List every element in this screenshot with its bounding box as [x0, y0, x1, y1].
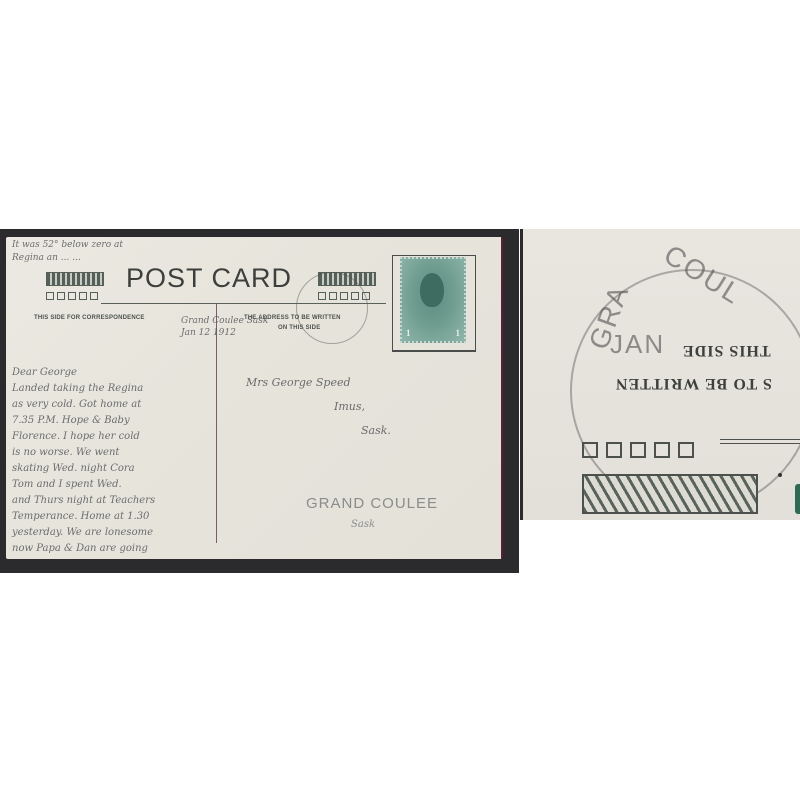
pencil-note: GRAND COULEE [306, 495, 438, 512]
handwritten-address: Mrs George Speed Imus, Sask. [246, 371, 391, 443]
correspondence-label: This side for correspondence [34, 315, 145, 321]
address-line: Imus, [246, 395, 391, 419]
box-ornament-left [46, 292, 98, 300]
stamp-denomination-left: 1 [406, 328, 411, 338]
postcard-back: It was 52° below zero at Regina an ... .… [6, 237, 503, 559]
address-line: Mrs George Speed [246, 371, 391, 395]
rule-detail [720, 439, 800, 444]
box-ornament-detail [582, 442, 694, 458]
postcard-title: POST CARD [126, 263, 292, 294]
king-portrait-icon [420, 273, 444, 307]
message-line: as very cold. Got home at [12, 397, 155, 413]
message-line: Dear George [12, 365, 155, 381]
postage-stamp: 1 1 [400, 257, 466, 343]
stamp-denomination-right: 1 [456, 328, 461, 338]
top-note-line: Regina an ... ... [12, 252, 123, 265]
message-line: to Regina today. Ruby [12, 557, 155, 559]
postmark-circle [296, 272, 368, 344]
handwritten-message: Dear GeorgeLanded taking the Reginaas ve… [12, 365, 155, 559]
stamp-edge-detail [795, 484, 800, 514]
message-line: is no worse. We went [12, 445, 155, 461]
message-line: Florence. I hope her cold [12, 429, 155, 445]
message-line: and Thurs night at Teachers [12, 493, 155, 509]
message-line: yesterday. We are lonesome [12, 525, 155, 541]
message-line: Temperance. Home at 1.30 [12, 509, 155, 525]
postcard-full-view: It was 52° below zero at Regina an ... .… [0, 229, 519, 573]
mat-edge [520, 229, 523, 520]
message-line: now Papa & Dan are going [12, 541, 155, 557]
ornament-left [46, 272, 104, 286]
ink-dot [778, 473, 782, 477]
date-line: Grand Coulee Sask [181, 315, 268, 327]
postmark-date: JAN [610, 329, 665, 360]
inverted-label-line1: THIS SIDE [682, 341, 771, 359]
postmark-detail-view: COUL GRA JAN THIS SIDE S TO BE WRITTEN [520, 229, 800, 520]
message-line: Tom and I spent Wed. [12, 477, 155, 493]
inverted-label-line2: S TO BE WRITTEN [615, 374, 772, 392]
message-line: Landed taking the Regina [12, 381, 155, 397]
date-line: Jan 12 1912 [181, 327, 268, 339]
message-line: skating Wed. night Cora [12, 461, 155, 477]
handwritten-top-note: It was 52° below zero at Regina an ... .… [12, 239, 123, 265]
address-line: Sask. [246, 419, 391, 443]
handwritten-date: Grand Coulee Sask Jan 12 1912 [181, 315, 268, 339]
leaf-ornament-detail [582, 474, 758, 514]
top-note-line: It was 52° below zero at [12, 239, 123, 252]
message-line: 7.35 P.M. Hope & Baby [12, 413, 155, 429]
center-divider [216, 303, 217, 543]
pencil-note-2: Sask [351, 519, 375, 530]
